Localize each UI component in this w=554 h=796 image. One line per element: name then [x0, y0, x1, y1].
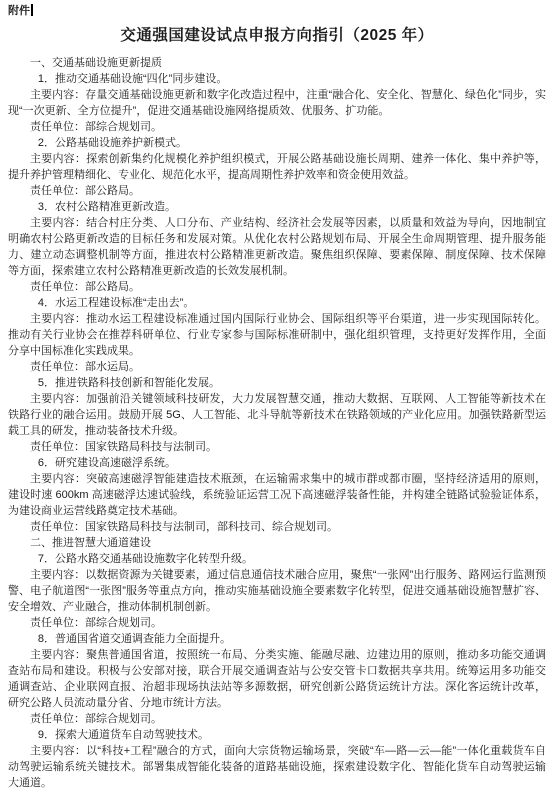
item-6-content: 主要内容：突破高速磁浮智能建造技术瓶颈，在运输需求集中的城市群或都市圈，坚持经济…	[8, 471, 546, 519]
item-7-content: 主要内容：以数据资源为关键要素，通过信息通信技术融合应用，聚焦“一张网”出行服务…	[8, 567, 546, 615]
item-9-content: 主要内容：以“科技+工程”融合的方式，面向大宗货物运输场景，突破“车—路—云—能…	[8, 743, 546, 791]
item-5-unit: 责任单位：国家铁路局科技与法制司。	[8, 439, 546, 455]
text-cursor-caret	[31, 4, 33, 16]
document-title: 交通强国建设试点申报方向指引（2025 年）	[8, 26, 546, 46]
item-4-unit: 责任单位：部水运局。	[8, 359, 546, 375]
document-page: 附件 交通强国建设试点申报方向指引（2025 年） 一、交通基础设施更新提质 1…	[0, 0, 554, 796]
item-2-title: 2．公路基础设施养护新模式。	[8, 135, 546, 151]
item-4-content: 主要内容：推动水运工程建设标准通过国内国际行业协会、国际组织等平台渠道，进一步实…	[8, 311, 546, 359]
item-1-content: 主要内容：存量交通基础设施更新和数字化改造过程中，注重“融合化、安全化、智慧化、…	[8, 87, 546, 119]
attachment-line: 附件	[8, 4, 546, 18]
item-3-title: 3．农村公路精准更新改造。	[8, 199, 546, 215]
item-7-unit: 责任单位：部综合规划司。	[8, 615, 546, 631]
item-4-title: 4．水运工程建设标准“走出去”。	[8, 295, 546, 311]
section-heading-2: 二、推进智慧大通道建设	[8, 535, 546, 551]
item-5-content: 主要内容：加强前沿关键领域科技研发，大力发展智慧交通，推动大数据、互联网、人工智…	[8, 391, 546, 439]
item-1-unit: 责任单位：部综合规划司。	[8, 119, 546, 135]
item-2-unit: 责任单位：部公路局。	[8, 183, 546, 199]
item-7-title: 7．公路水路交通基础设施数字化转型升级。	[8, 551, 546, 567]
item-2-content: 主要内容：探索创新集约化规模化养护组织模式，开展公路基础设施长周期、建养一体化、…	[8, 151, 546, 183]
section-heading-1: 一、交通基础设施更新提质	[8, 55, 546, 71]
item-3-unit: 责任单位：部公路局。	[8, 279, 546, 295]
item-8-title: 8．普通国省道交通调查能力全面提升。	[8, 631, 546, 647]
item-1-title: 1．推动交通基础设施“四化”同步建设。	[8, 71, 546, 87]
item-6-title: 6．研究建设高速磁浮系统。	[8, 455, 546, 471]
item-6-unit: 责任单位：国家铁路局科技与法制司，部科技司、综合规划司。	[8, 519, 546, 535]
item-3-content: 主要内容：结合村庄分类、人口分布、产业结构、经济社会发展等因素，以质量和效益为导…	[8, 215, 546, 279]
item-8-unit: 责任单位：部综合规划司。	[8, 711, 546, 727]
item-9-title: 9．探索大通道货车自动驾驶技术。	[8, 727, 546, 743]
item-5-title: 5．推进铁路科技创新和智能化发展。	[8, 375, 546, 391]
attachment-label: 附件	[8, 5, 30, 17]
item-8-content: 主要内容：聚焦普通国省道，按照统一布局、分类实施、能融尽融、边建边用的原则，推动…	[8, 647, 546, 711]
